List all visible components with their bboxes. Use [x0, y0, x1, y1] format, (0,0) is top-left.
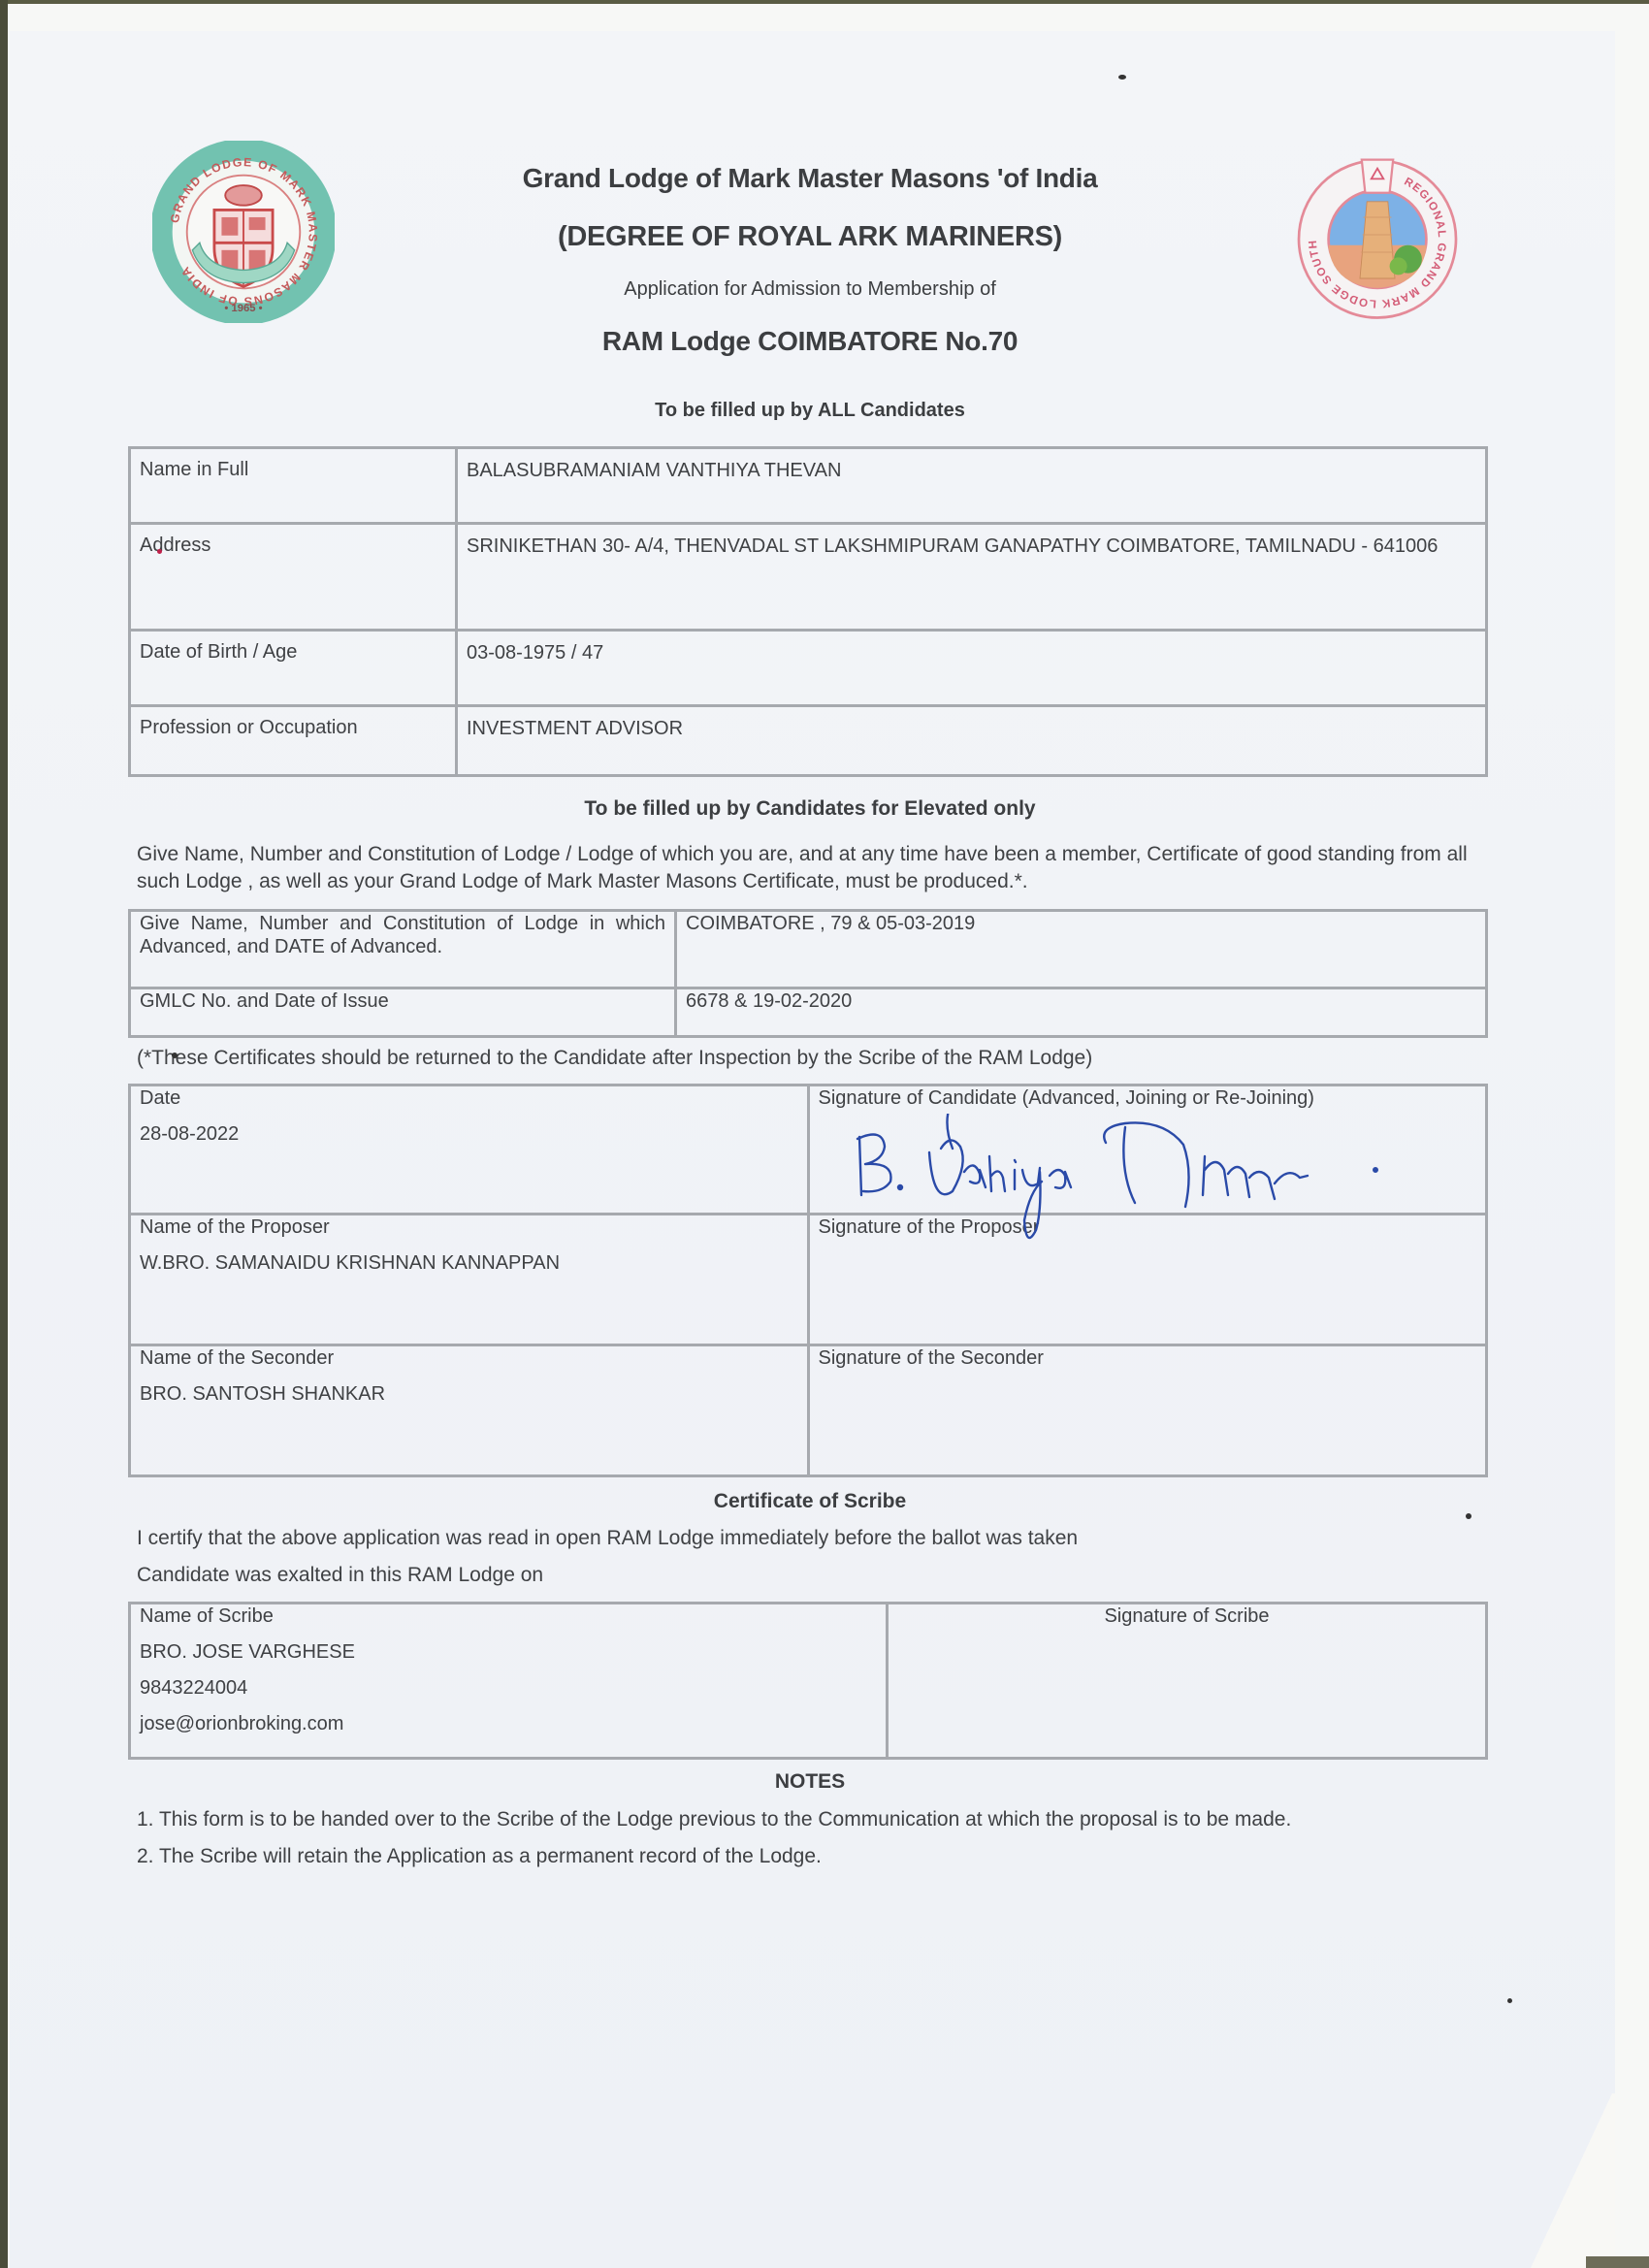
- seconder-label: Name of the Seconder: [140, 1346, 798, 1370]
- proposer-cell: Name of the Proposer W.BRO. SAMANAIDU KR…: [130, 1215, 809, 1345]
- scribe-details-cell: Name of Scribe BRO. JOSE VARGHESE 984322…: [130, 1604, 888, 1759]
- table-row: Give Name, Number and Constitution of Lo…: [130, 911, 1487, 988]
- scan-speck: [172, 1053, 178, 1058]
- scan-speck: [1466, 1513, 1471, 1519]
- certificates-footnote: (*These Certificates should be returned …: [137, 1045, 1092, 1072]
- seconder-field[interactable]: BRO. SANTOSH SHANKAR: [140, 1382, 798, 1406]
- candidate-signature-label: Signature of Candidate (Advanced, Joinin…: [819, 1086, 1477, 1110]
- elevated-instructions: Give Name, Number and Constitution of Lo…: [137, 841, 1495, 895]
- section-heading-scribe-certificate: Certificate of Scribe: [0, 1490, 1620, 1513]
- scan-edge-top: [0, 0, 1649, 4]
- table-row: Name of the Seconder BRO. SANTOSH SHANKA…: [130, 1345, 1487, 1476]
- seconder-signature-cell[interactable]: Signature of the Seconder: [808, 1345, 1487, 1476]
- scribe-table: Name of Scribe BRO. JOSE VARGHESE 984322…: [128, 1602, 1488, 1760]
- scribe-name-label: Name of Scribe: [140, 1604, 877, 1628]
- gmlc-field[interactable]: 6678 & 19-02-2020: [676, 988, 1487, 1037]
- section-heading-all-candidates: To be filled up by ALL Candidates: [0, 400, 1620, 422]
- address-field[interactable]: SRINIKETHAN 30- A/4, THENVADAL ST LAKSHM…: [457, 524, 1487, 631]
- table-row: Name in Full BALASUBRAMANIAM VANTHIYA TH…: [130, 448, 1487, 524]
- dob-age-field[interactable]: 03-08-1975 / 47: [457, 631, 1487, 706]
- date-field[interactable]: 28-08-2022: [140, 1122, 798, 1146]
- date-label: Date: [140, 1086, 798, 1110]
- note-item: 1. This form is to be handed over to the…: [137, 1806, 1291, 1833]
- organization-title: Grand Lodge of Mark Master Masons 'of In…: [0, 163, 1620, 194]
- scribe-certification-text: I certify that the above application was…: [137, 1525, 1078, 1552]
- candidate-details-table: Name in Full BALASUBRAMANIAM VANTHIYA TH…: [128, 446, 1488, 777]
- candidate-signature-icon: B. Vathiya Thevan: [844, 1114, 1426, 1259]
- table-row: Profession or Occupation INVESTMENT ADVI…: [130, 706, 1487, 776]
- table-row: Date of Birth / Age 03-08-1975 / 47: [130, 631, 1487, 706]
- table-row: Name of Scribe BRO. JOSE VARGHESE 984322…: [130, 1604, 1487, 1759]
- scan-speck: [1507, 1998, 1512, 2003]
- seconder-cell: Name of the Seconder BRO. SANTOSH SHANKA…: [130, 1345, 809, 1476]
- profession-label: Profession or Occupation: [130, 706, 457, 776]
- notes-heading: NOTES: [0, 1770, 1620, 1794]
- scan-edge-bottom: [1586, 2256, 1649, 2268]
- degree-title: (DEGREE OF ROYAL ARK MARINERS): [0, 221, 1620, 253]
- proposer-label: Name of the Proposer: [140, 1215, 798, 1239]
- advanced-lodge-label: Give Name, Number and Constitution of Lo…: [130, 911, 676, 988]
- date-cell: Date 28-08-2022: [130, 1085, 809, 1215]
- section-heading-elevated: To be filled up by Candidates for Elevat…: [0, 797, 1620, 821]
- profession-field[interactable]: INVESTMENT ADVISOR: [457, 706, 1487, 776]
- dob-age-label: Date of Birth / Age: [130, 631, 457, 706]
- gmlc-label: GMLC No. and Date of Issue: [130, 988, 676, 1037]
- scan-speck: [1118, 75, 1126, 80]
- page-fold: [1528, 2093, 1615, 2268]
- proposer-field[interactable]: W.BRO. SAMANAIDU KRISHNAN KANNAPPAN: [140, 1251, 798, 1275]
- svg-text:• 1965 •: • 1965 •: [224, 303, 262, 314]
- application-subtitle: Application for Admission to Membership …: [0, 278, 1620, 301]
- scribe-phone-field[interactable]: 9843224004: [140, 1676, 877, 1700]
- seconder-signature-label: Signature of the Seconder: [819, 1346, 1477, 1370]
- note-item: 2. The Scribe will retain the Applicatio…: [137, 1843, 822, 1870]
- address-label: Address: [130, 524, 457, 631]
- scan-speck: [157, 549, 162, 554]
- scribe-name-field[interactable]: BRO. JOSE VARGHESE: [140, 1640, 877, 1664]
- elevated-table: Give Name, Number and Constitution of Lo…: [128, 909, 1488, 1038]
- scribe-signature-label: Signature of Scribe: [897, 1604, 1476, 1628]
- advanced-lodge-field[interactable]: COIMBATORE , 79 & 05-03-2019: [676, 911, 1487, 988]
- lodge-name: RAM Lodge COIMBATORE No.70: [0, 326, 1620, 357]
- name-label: Name in Full: [130, 448, 457, 524]
- exalted-date-text: Candidate was exalted in this RAM Lodge …: [137, 1562, 543, 1589]
- scribe-email-field[interactable]: jose@orionbroking.com: [140, 1712, 877, 1735]
- name-field[interactable]: BALASUBRAMANIAM VANTHIYA THEVAN: [457, 448, 1487, 524]
- table-row: GMLC No. and Date of Issue 6678 & 19-02-…: [130, 988, 1487, 1037]
- table-row: Address SRINIKETHAN 30- A/4, THENVADAL S…: [130, 524, 1487, 631]
- scribe-signature-cell[interactable]: Signature of Scribe: [888, 1604, 1487, 1759]
